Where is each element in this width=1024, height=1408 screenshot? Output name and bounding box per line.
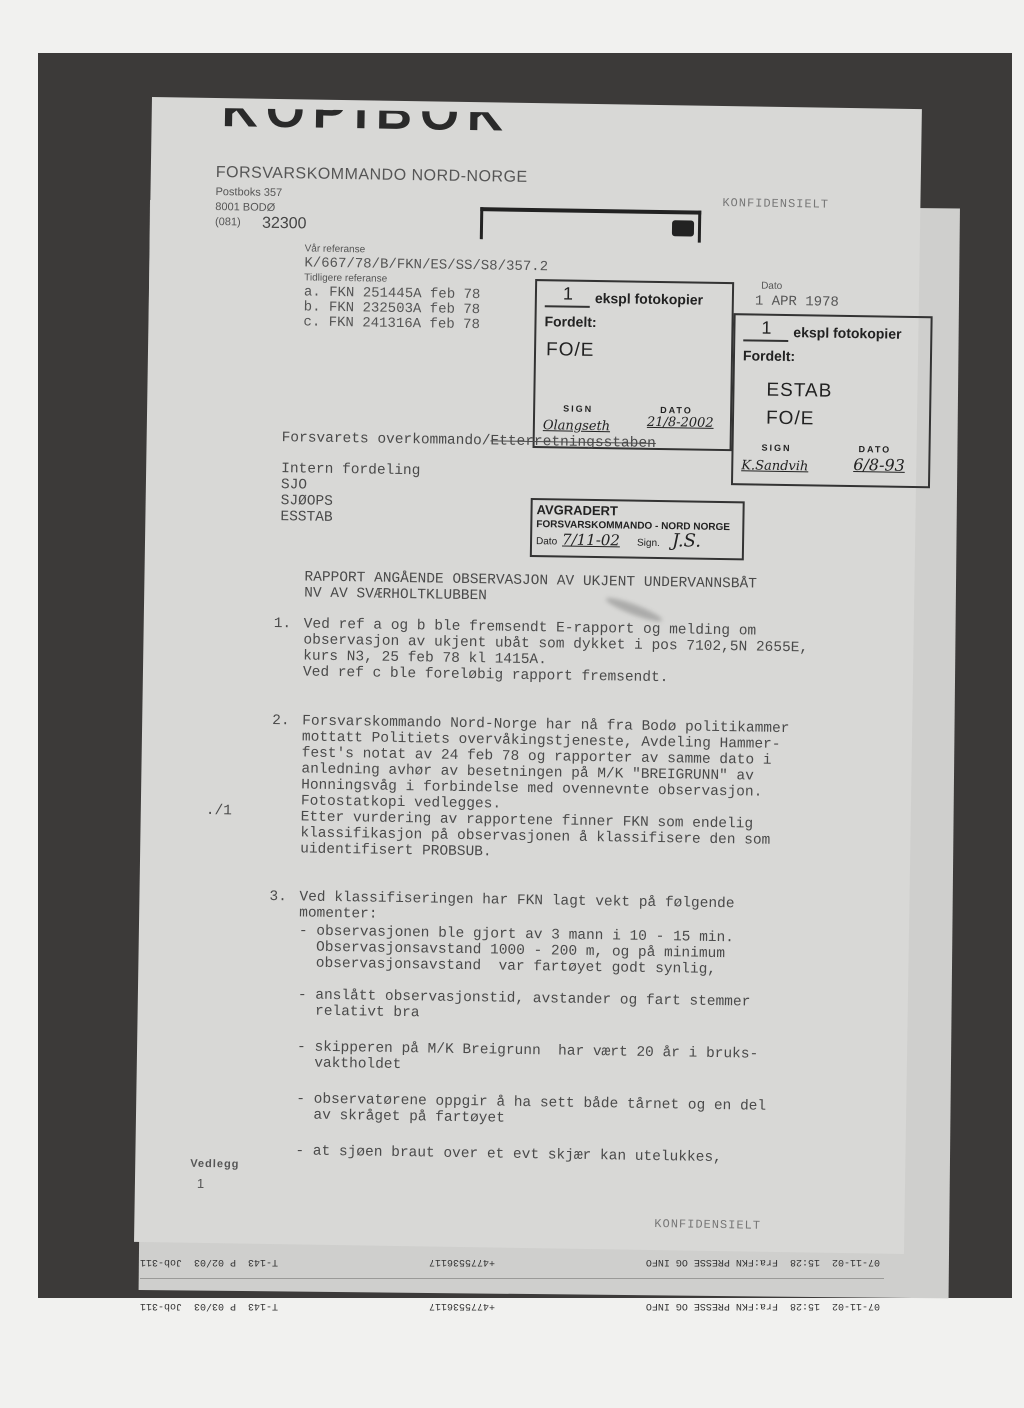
copy-count: 1	[761, 318, 772, 339]
photocopy-stamp-1: 1 ekspl fotokopier Fordelt: FO/E SIGN DA…	[533, 279, 735, 451]
declassified-date: 7/11-02	[562, 530, 620, 549]
fax-time: 15:28	[790, 1300, 820, 1311]
fax-header-page-2: 07-11-02 15:28 Fra:FKN PRESSE OG INFO +4…	[140, 1256, 880, 1267]
fax-sender: Fra:FKN PRESSE OG INFO	[646, 1300, 778, 1311]
previous-reference-c: c. FKN 241316A feb 78	[303, 315, 480, 333]
attachments-label: Vedlegg	[190, 1158, 239, 1171]
photocopy-label: ekspl fotokopier	[595, 290, 703, 308]
fax-date: 07-11-02	[832, 1256, 880, 1267]
paragraph-number: 3.	[269, 889, 287, 905]
paragraph-2-line: uidentifisert PROBSUB.	[300, 841, 492, 860]
addressee-struck: Etterretningsstaben	[490, 433, 656, 452]
our-reference-label: Vår referanse	[305, 243, 366, 255]
declassified-date-label: Dato	[536, 536, 557, 547]
distributed-label: Fordelt:	[544, 313, 596, 330]
stamp-date: 6/8-93	[853, 455, 905, 475]
distributed-label: Fordelt:	[743, 347, 795, 364]
paragraph-number: 2.	[272, 713, 290, 729]
date-label: Dato	[761, 281, 782, 292]
fax-page: T-143 P 03/03 Job-311	[140, 1300, 278, 1311]
kopibok-stamp: KOPIBOK	[221, 108, 511, 149]
postbox: Postboks 357	[215, 186, 282, 199]
fax-sender: Fra:FKN PRESSE OG INFO	[646, 1256, 778, 1267]
declassified-stamp: AVGRADERT FORSVARSKOMMANDO - NORD NORGE …	[530, 498, 745, 560]
signature: Olangseth	[543, 418, 610, 434]
recipient-2: FO/E	[766, 408, 815, 431]
sign-label: SIGN	[563, 403, 593, 413]
organization-name: FORSVARSKOMMANDO NORD-NORGE	[216, 164, 528, 187]
page-edge	[140, 1278, 884, 1279]
date-label: DATO	[858, 444, 891, 455]
copy-count: 1	[563, 283, 574, 304]
paragraph-1-line: Ved ref c ble foreløbig rapport fremsend…	[303, 664, 669, 686]
classification-bottom: KONFIDENSIELT	[654, 1217, 761, 1233]
phone-number: 32300	[262, 215, 307, 234]
bullet-4-line: av skråget på fartøyet	[296, 1107, 505, 1126]
classification-top: KONFIDENSIELT	[722, 196, 829, 212]
redaction-mark	[672, 220, 694, 236]
fax-time: 15:28	[790, 1256, 820, 1267]
recipient-1: ESTAB	[766, 380, 832, 403]
internal-recipient: ESSTAB	[280, 509, 332, 526]
city: 8001 BODØ	[215, 201, 275, 214]
fax-header-page-3: 07-11-02 15:28 Fra:FKN PRESSE OG INFO +4…	[140, 1300, 880, 1311]
bullet-3-line: vaktholdet	[297, 1055, 402, 1073]
redacted-stamp	[480, 207, 701, 242]
photocopy-stamp-2: 1 ekspl fotokopier Fordelt: ESTAB FO/E S…	[731, 313, 933, 488]
sign-label: SIGN	[761, 443, 791, 453]
paragraph-3-line: momenter:	[299, 905, 378, 922]
fax-date: 07-11-02	[832, 1300, 880, 1311]
bullet-2-line: relativt bra	[298, 1003, 420, 1021]
fax-page: T-143 P 02/03 Job-311	[140, 1256, 278, 1267]
paragraph-number: 1.	[274, 616, 292, 632]
document-date: 1 APR 1978	[755, 294, 839, 310]
signature: K.Sandvih	[741, 458, 808, 474]
internal-recipient: SJØOPS	[281, 493, 333, 510]
internal-recipient: SJO	[281, 477, 307, 493]
declassified-signature: J.S.	[672, 530, 701, 551]
attachment-item: 1	[197, 1176, 204, 1191]
subject-line-2: NV AV SVÆRHOLTKLUBBEN	[304, 585, 487, 604]
declassified-sign-label: Sign.	[637, 538, 660, 549]
fax-number: +4775536117	[429, 1256, 495, 1267]
area-code: (081)	[215, 216, 241, 228]
previous-reference-label: Tidligere referanse	[304, 272, 387, 284]
stamp-date: 21/8-2002	[647, 415, 714, 431]
recipient: FO/E	[546, 339, 595, 362]
fax-number: +4775536117	[429, 1300, 495, 1311]
declassified-title: AVGRADERT	[536, 502, 618, 518]
addressee-name: Forsvarets overkommando/	[282, 430, 491, 449]
document-page: KOPIBOK FORSVARSKOMMANDO NORD-NORGE Post…	[134, 97, 922, 1254]
photocopy-label: ekspl fotokopier	[793, 324, 901, 342]
date-label: DATO	[660, 405, 693, 416]
bullet-5-line: - at sjøen braut over et evt skjær kan u…	[295, 1143, 722, 1166]
attachment-margin-note: ./1	[206, 803, 232, 819]
